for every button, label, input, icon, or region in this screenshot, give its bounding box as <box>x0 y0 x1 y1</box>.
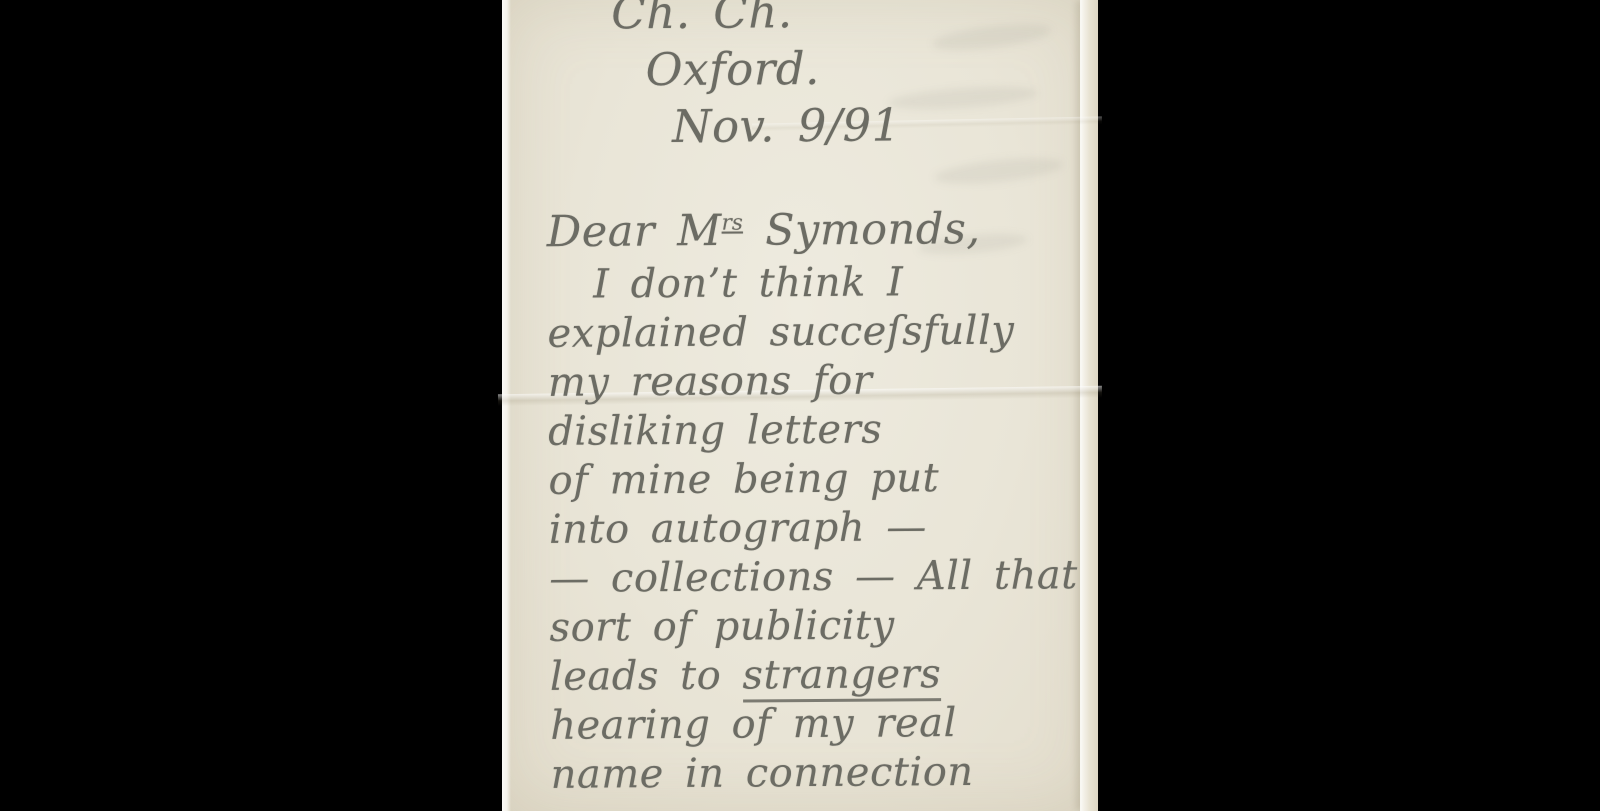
body-line-9-text: leads to <box>550 653 743 700</box>
letter-body-line-1: I don’t think I <box>593 257 1079 309</box>
salutation-text-pre: Dear M <box>547 206 722 257</box>
letter-body-line-10: hearing of my real <box>550 698 1082 751</box>
letter-body-line-4: disliking letters <box>548 404 1080 457</box>
letter-body-line-3: my reasons for <box>548 355 1080 408</box>
letter-page: Ch. Ch. Oxford. Nov. 9/91 Dear Mrs Symon… <box>502 0 1098 811</box>
scan-background: Ch. Ch. Oxford. Nov. 9/91 Dear Mrs Symon… <box>0 0 1600 811</box>
salutation-superscript: rs <box>721 210 742 235</box>
letter-body-line-5: of mine being put <box>548 453 1080 506</box>
page-right-edge <box>1080 0 1098 811</box>
letter-body-line-9: leads to strangers <box>550 649 1082 702</box>
letter-body-line-2: explained succeſsfully <box>547 306 1079 359</box>
letter-body-line-8: sort of publicity <box>549 600 1081 653</box>
letter-body-line-6: into autograph — <box>549 502 1081 555</box>
underlined-word-strangers: strangers <box>742 651 941 702</box>
letter-body-line-7: — collections — All that <box>549 551 1081 604</box>
salutation-text-post: Symonds, <box>743 204 981 256</box>
letter-heading-address-line-1: Ch. Ch. <box>611 0 1077 41</box>
letter-heading-address-line-2: Oxford. <box>645 38 1077 98</box>
letter-salutation: Dear Mrs Symonds, <box>547 192 1079 261</box>
letter-content: Ch. Ch. Oxford. Nov. 9/91 Dear Mrs Symon… <box>545 0 1083 800</box>
letter-body-line-11: name in connection <box>550 747 1082 800</box>
letter-date: Nov. 9/91 <box>672 95 1078 155</box>
page-left-edge <box>502 0 511 811</box>
